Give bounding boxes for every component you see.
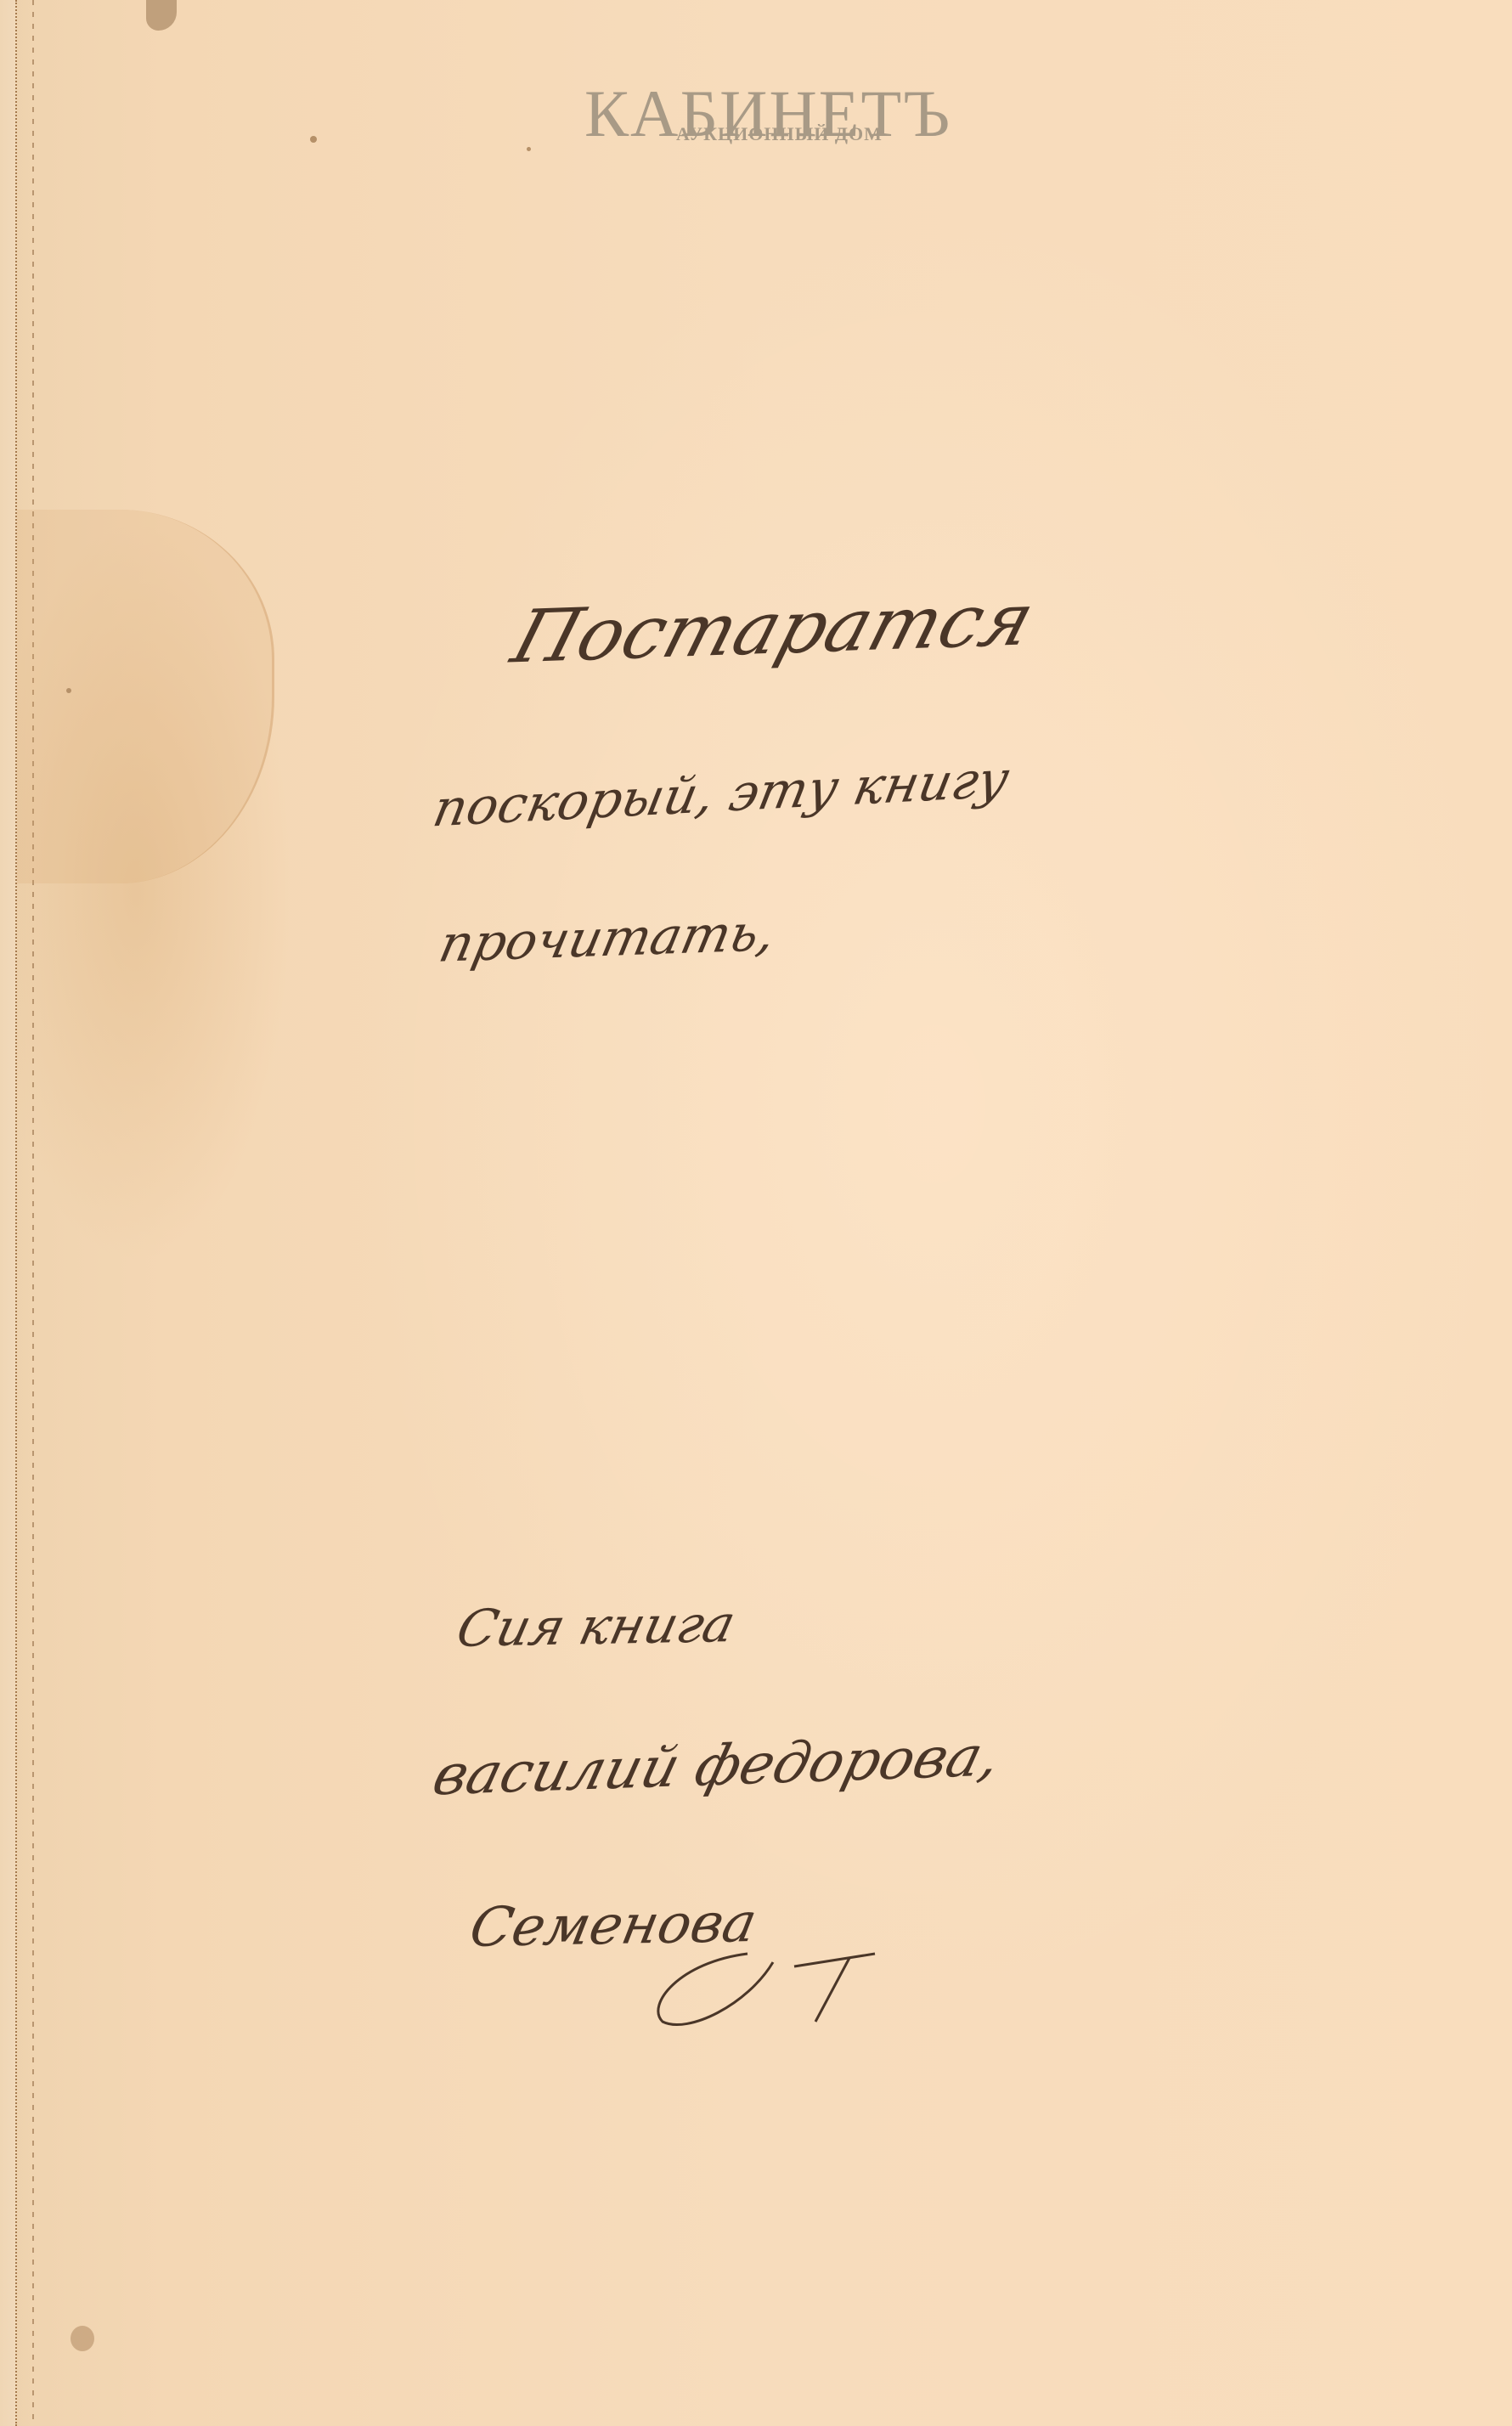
page-gutter-edge [0,0,17,2426]
ownership-line-1: Сия книга [451,1594,741,1659]
water-stain [17,510,274,883]
foxing-spot [527,147,531,151]
paper-tear [146,0,177,31]
inscription-line-3: прочитать, [434,903,781,974]
aged-paper-page: КАБИНЕТЪ АУКЦИОННЫЙ ДОМ Постаратся поско… [0,0,1512,2426]
auction-house-watermark: КАБИНЕТЪ АУКЦИОННЫЙ ДОМ [584,80,933,156]
foxing-spot [66,688,71,693]
foxing-spot [71,2326,94,2351]
inscription-line-1: Постаратся [503,578,1043,680]
inscription-line-2: поскорый, эту книгу [428,750,1013,839]
watermark-subtitle: АУКЦИОННЫЙ ДОМ [676,124,883,144]
signature-flourish-icon [646,1928,883,2030]
foxing-spot [310,136,317,143]
ownership-line-2: василий федорова, [426,1724,1007,1808]
binding-fold-line [32,0,34,2426]
